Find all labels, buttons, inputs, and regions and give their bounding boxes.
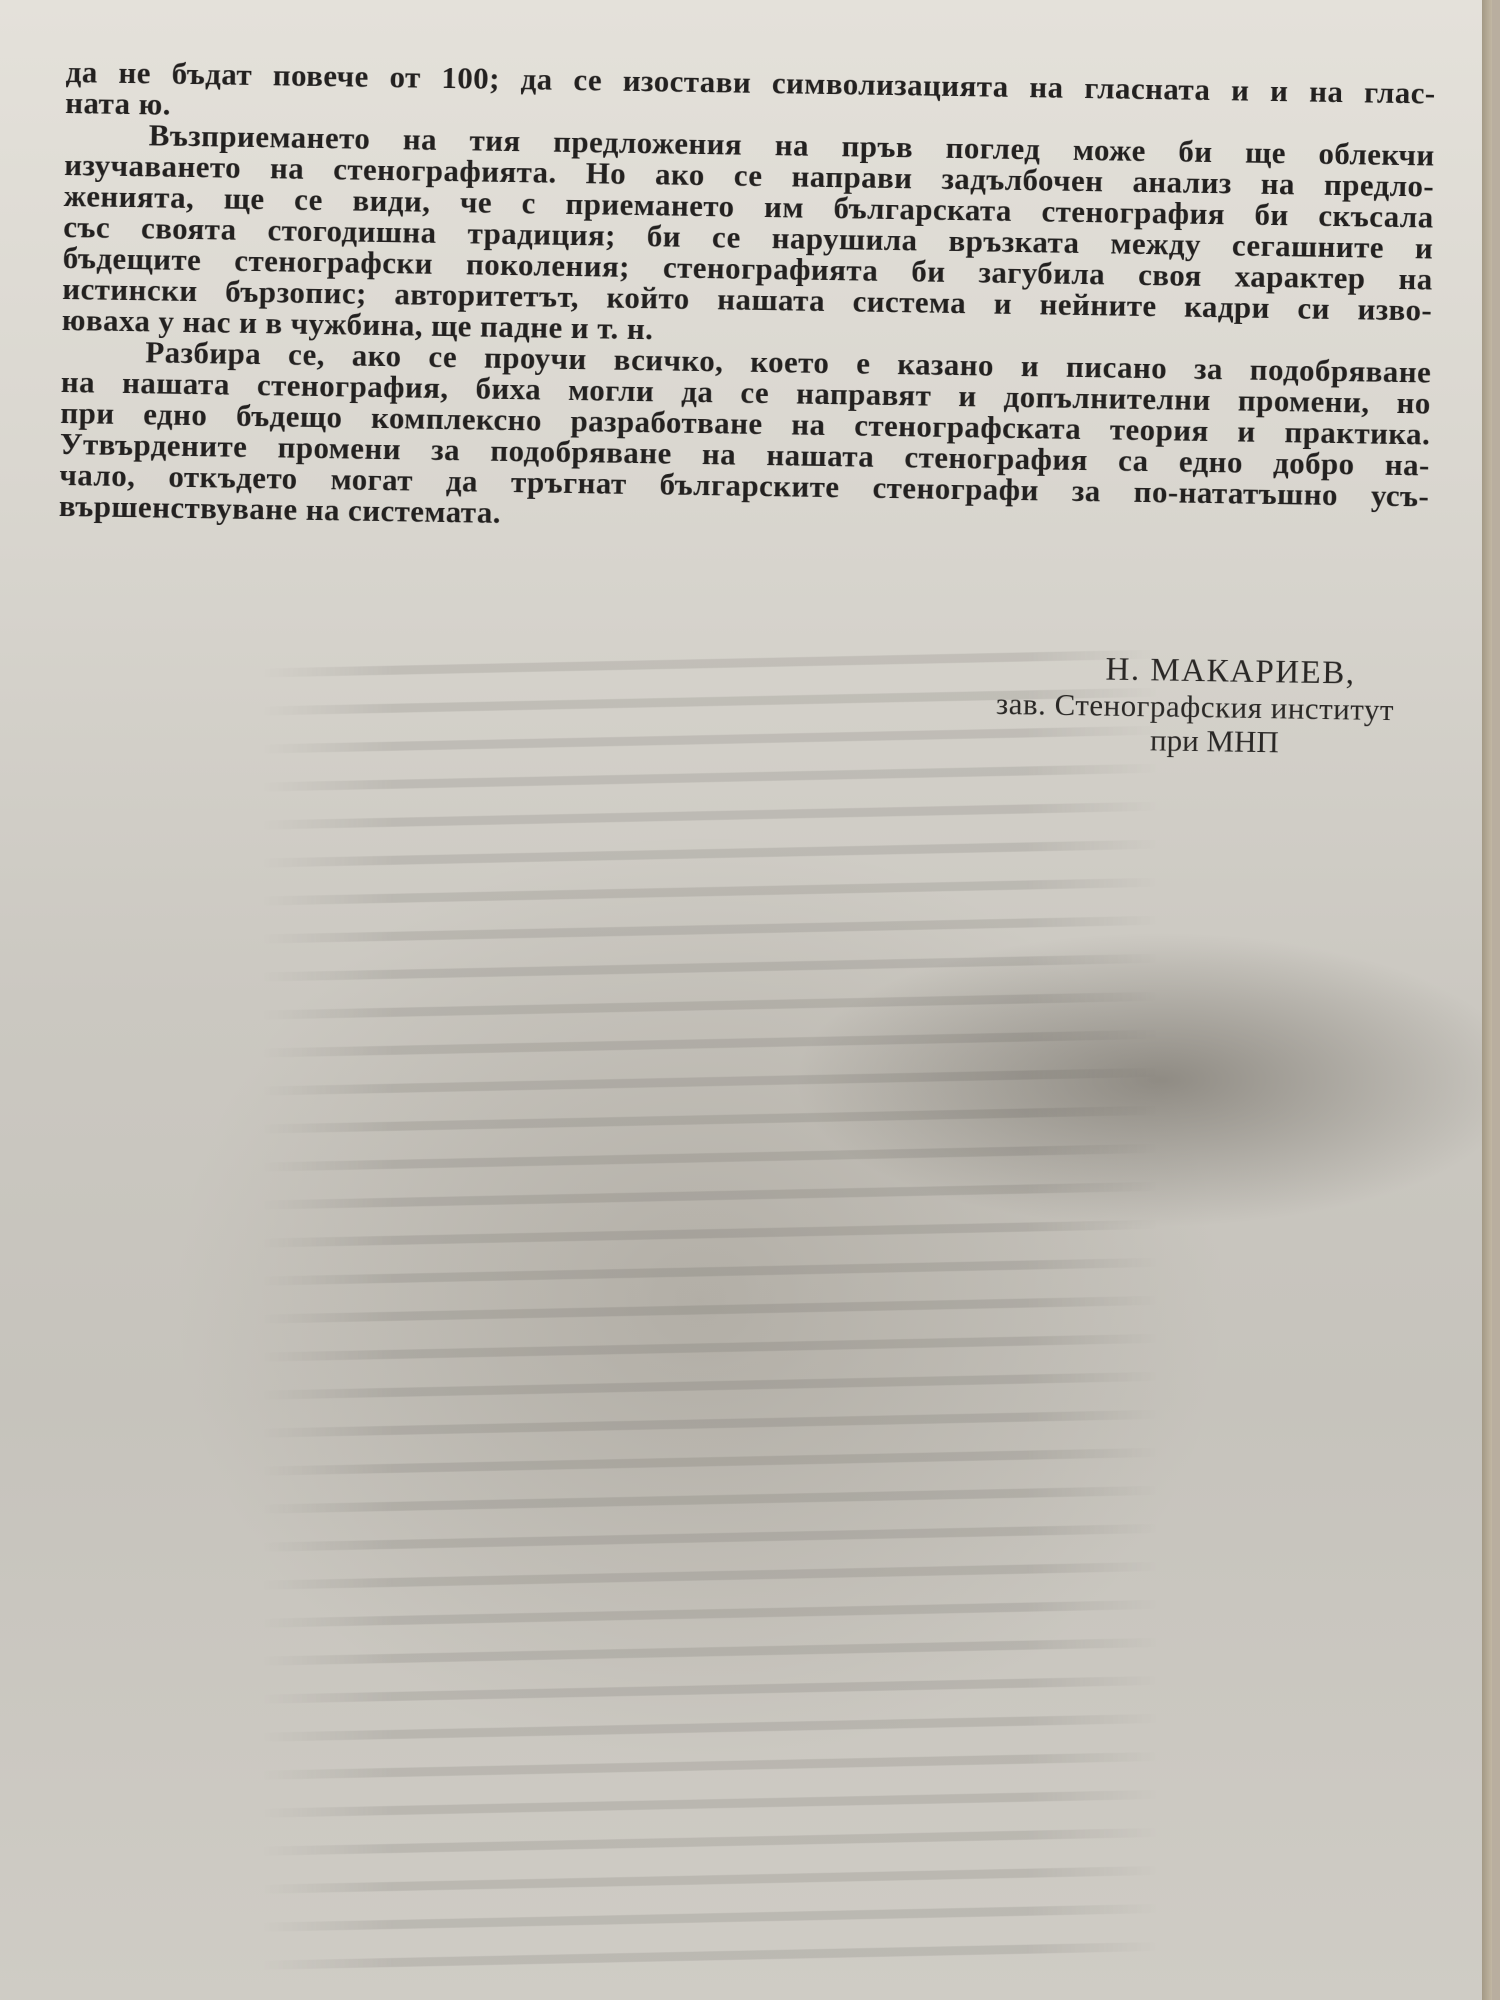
signature-block: Н. МАКАРИЕВ, зав. Стенографския институт… — [959, 648, 1431, 761]
show-through-text — [260, 650, 1160, 1980]
document-page: да не бъдат повече от 100; да се изостав… — [0, 0, 1492, 2000]
page-edge — [1482, 0, 1492, 2000]
body-text: да не бъдат повече от 100; да се изостав… — [59, 56, 1436, 542]
